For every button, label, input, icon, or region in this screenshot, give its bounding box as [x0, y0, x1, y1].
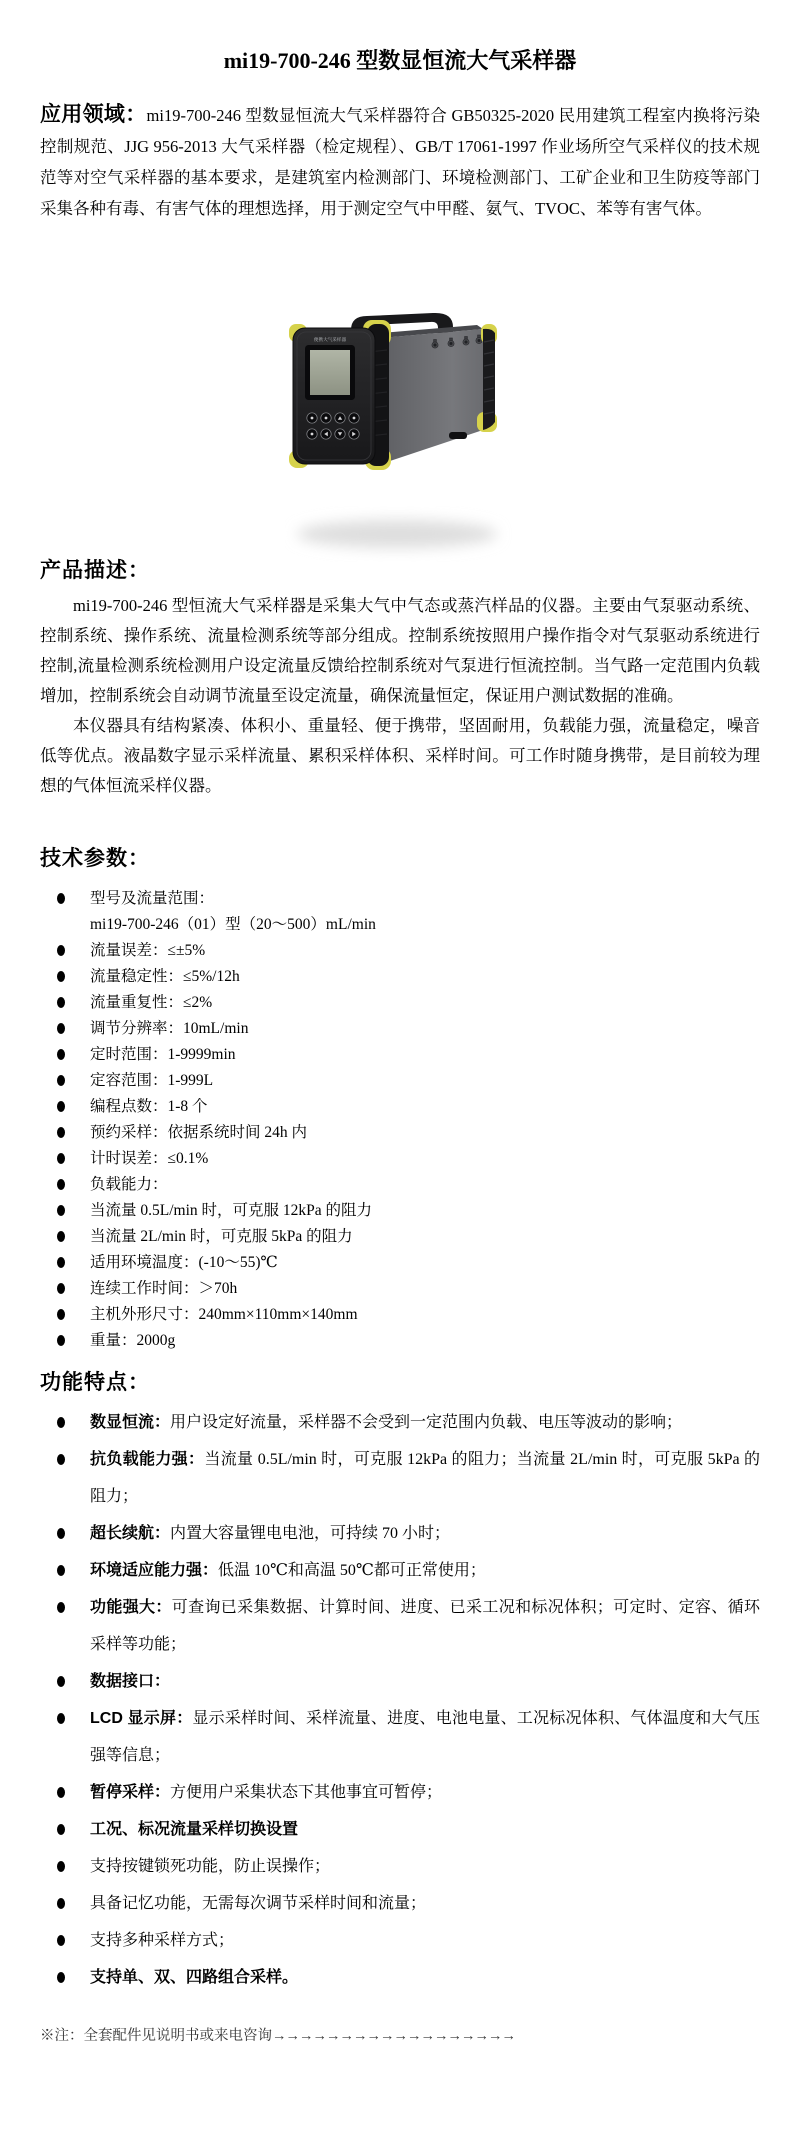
spec-text: 型号及流量范围：: [90, 886, 760, 912]
bullet-icon: [57, 1787, 65, 1798]
feature-bold-label: 数据接口：: [90, 1673, 170, 1690]
feature-item: LCD 显示屏：显示采样时间、采样流量、进度、电池电量、工况标况体积、气体温度和…: [40, 1700, 760, 1774]
bullet-icon: [57, 1935, 65, 1946]
bullet-icon: [57, 1335, 65, 1346]
bullet-icon: [57, 1417, 65, 1428]
spec-item: 流量稳定性：≤5%/12h: [40, 964, 760, 990]
feature-item: 数据接口：: [40, 1663, 760, 1700]
feature-item: 支持单、双、四路组合采样。: [40, 1959, 760, 1996]
spec-text: 流量重复性：≤2%: [90, 990, 760, 1016]
product-photo: 便携大气采样器: [285, 308, 515, 568]
spec-item: 计时误差：≤0.1%: [40, 1146, 760, 1172]
bullet-icon: [57, 1676, 65, 1687]
bullet-icon: [57, 1153, 65, 1164]
feature-bold-label: 数显恒流：: [90, 1414, 170, 1431]
device-shadow: [297, 520, 497, 548]
spec-text: 流量误差：≤±5%: [90, 938, 760, 964]
spec-text: 重量：2000g: [90, 1328, 760, 1354]
spec-item: 主机外形尺寸：240mm×110mm×140mm: [40, 1302, 760, 1328]
spec-item: 当流量 2L/min 时，可克服 5kPa 的阻力: [40, 1224, 760, 1250]
spec-item: 连续工作时间：＞70h: [40, 1276, 760, 1302]
spec-item: 型号及流量范围： mi19-700-246（01）型（20～500）mL/min: [40, 886, 760, 938]
bullet-icon: [57, 1309, 65, 1320]
feature-item: 支持按键锁死功能，防止误操作；: [40, 1848, 760, 1885]
spec-text: 当流量 2L/min 时，可克服 5kPa 的阻力: [90, 1224, 760, 1250]
bullet-icon: [57, 1528, 65, 1539]
feature-bold-label: LCD 显示屏：: [90, 1710, 192, 1727]
spec-text: 负载能力：: [90, 1172, 760, 1198]
spec-item: 流量重复性：≤2%: [40, 990, 760, 1016]
spec-text: 流量稳定性：≤5%/12h: [90, 964, 760, 990]
spec-item: 适用环境温度：(-10～55)℃: [40, 1250, 760, 1276]
feature-item: 工况、标况流量采样切换设置: [40, 1811, 760, 1848]
application-text: mi19-700-246 型数显恒流大气采样器符合 GB50325-2020 民…: [40, 106, 760, 218]
bullet-icon: [57, 1205, 65, 1216]
bullet-icon: [57, 1602, 65, 1613]
feature-text: 内置大容量锂电电池，可持续 70 小时；: [170, 1525, 450, 1542]
spec-item: 当流量 0.5L/min 时，可克服 12kPa 的阻力: [40, 1198, 760, 1224]
spec-item: 预约采样：依据系统时间 24h 内: [40, 1120, 760, 1146]
bullet-icon: [57, 1713, 65, 1724]
bullet-icon: [57, 1101, 65, 1112]
application-label: 应用领域：: [40, 103, 147, 126]
spec-subtext: mi19-700-246（01）型（20～500）mL/min: [90, 912, 760, 938]
spec-text: 计时误差：≤0.1%: [90, 1146, 760, 1172]
spec-text: 编程点数：1-8 个: [90, 1094, 760, 1120]
spec-item: 定容范围：1-999L: [40, 1068, 760, 1094]
spec-text: 调节分辨率：10mL/min: [90, 1016, 760, 1042]
feature-text: 支持多种采样方式；: [90, 1932, 234, 1949]
feature-item: 抗负载能力强：当流量 0.5L/min 时，可克服 12kPa 的阻力；当流量 …: [40, 1441, 760, 1515]
feature-item: 超长续航：内置大容量锂电电池，可持续 70 小时；: [40, 1515, 760, 1552]
bullet-icon: [57, 971, 65, 982]
bullet-icon: [57, 945, 65, 956]
bullet-icon: [57, 1231, 65, 1242]
page-title: mi19-700-246 型数显恒流大气采样器: [40, 0, 760, 78]
spec-text: 当流量 0.5L/min 时，可克服 12kPa 的阻力: [90, 1198, 760, 1224]
bullet-icon: [57, 1127, 65, 1138]
bullet-icon: [57, 1179, 65, 1190]
description-paragraph-1: mi19-700-246 型恒流大气采样器是采集大气中气态或蒸汽样品的仪器。主要…: [40, 591, 760, 711]
feature-item: 支持多种采样方式；: [40, 1922, 760, 1959]
specs-list: 型号及流量范围： mi19-700-246（01）型（20～500）mL/min…: [40, 886, 760, 1354]
section-heading-specs: 技术参数：: [40, 844, 760, 874]
document-page: mi19-700-246 型数显恒流大气采样器 应用领域：mi19-700-24…: [0, 0, 800, 2046]
feature-bold-label: 环境适应能力强：: [90, 1562, 218, 1579]
bullet-icon: [57, 1824, 65, 1835]
device-foot: [449, 432, 467, 439]
bullet-icon: [57, 1049, 65, 1060]
feature-text: 低温 10℃和高温 50℃都可正常使用；: [218, 1562, 486, 1579]
footer-note: ※注：全套配件见说明书或来电咨询→→→→→→→→→→→→→→→→→→: [40, 2026, 760, 2046]
bullet-icon: [57, 1454, 65, 1465]
device-right-edge: [483, 329, 495, 430]
feature-text: 可查询已采集数据、计算时间、进度、已采工况和标况体积；可定时、定容、循环采样等功…: [90, 1599, 760, 1653]
product-figure: 便携大气采样器: [40, 224, 760, 556]
device-label: 便携大气采样器: [314, 336, 347, 343]
spec-item: 定时范围：1-9999min: [40, 1042, 760, 1068]
bullet-icon: [57, 1257, 65, 1268]
feature-bold-label: 超长续航：: [90, 1525, 170, 1542]
feature-bold-label: 支持单、双、四路组合采样。: [90, 1969, 298, 1986]
feature-bold-label: 抗负载能力强：: [90, 1451, 204, 1468]
feature-text: 支持按键锁死功能，防止误操作；: [90, 1858, 330, 1875]
section-heading-features: 功能特点：: [40, 1368, 760, 1398]
feature-bold-label: 暂停采样：: [90, 1784, 170, 1801]
bullet-icon: [57, 893, 65, 904]
features-list: 数显恒流：用户设定好流量，采样器不会受到一定范围内负载、电压等波动的影响； 抗负…: [40, 1404, 760, 1996]
device-lcd-screen: [305, 345, 355, 400]
application-paragraph: 应用领域：mi19-700-246 型数显恒流大气采样器符合 GB50325-2…: [40, 99, 760, 224]
spec-text: 连续工作时间：＞70h: [90, 1276, 760, 1302]
footer-arrows: →→→→→→→→→→→→→→→→→→: [272, 2028, 515, 2044]
feature-bold-label: 工况、标况流量采样切换设置: [90, 1821, 298, 1838]
spec-item: 负载能力：: [40, 1172, 760, 1198]
spec-item: 重量：2000g: [40, 1328, 760, 1354]
spec-text: 定时范围：1-9999min: [90, 1042, 760, 1068]
feature-text: 具备记忆功能，无需每次调节采样时间和流量；: [90, 1895, 426, 1912]
feature-text: 用户设定好流量，采样器不会受到一定范围内负载、电压等波动的影响；: [170, 1414, 682, 1431]
bullet-icon: [57, 1075, 65, 1086]
spec-item: 调节分辨率：10mL/min: [40, 1016, 760, 1042]
feature-item: 具备记忆功能，无需每次调节采样时间和流量；: [40, 1885, 760, 1922]
spec-item: 流量误差：≤±5%: [40, 938, 760, 964]
feature-item: 暂停采样：方便用户采集状态下其他事宜可暂停；: [40, 1774, 760, 1811]
description-paragraph-2: 本仪器具有结构紧凑、体积小、重量轻、便于携带，坚固耐用，负载能力强，流量稳定，噪…: [40, 711, 760, 801]
feature-item: 功能强大：可查询已采集数据、计算时间、进度、已采工况和标况体积；可定时、定容、循…: [40, 1589, 760, 1663]
bullet-icon: [57, 1898, 65, 1909]
feature-item: 数显恒流：用户设定好流量，采样器不会受到一定范围内负载、电压等波动的影响；: [40, 1404, 760, 1441]
bullet-icon: [57, 997, 65, 1008]
feature-item: 环境适应能力强：低温 10℃和高温 50℃都可正常使用；: [40, 1552, 760, 1589]
bullet-icon: [57, 1972, 65, 1983]
bullet-icon: [57, 1023, 65, 1034]
footer-note-text: ※注：全套配件见说明书或来电咨询: [40, 2028, 272, 2044]
spec-text: 适用环境温度：(-10～55)℃: [90, 1250, 760, 1276]
spec-text: 主机外形尺寸：240mm×110mm×140mm: [90, 1302, 760, 1328]
spec-text: 定容范围：1-999L: [90, 1068, 760, 1094]
feature-text: 方便用户采集状态下其他事宜可暂停；: [170, 1784, 442, 1801]
spec-item: 编程点数：1-8 个: [40, 1094, 760, 1120]
feature-bold-label: 功能强大：: [90, 1599, 172, 1616]
bullet-icon: [57, 1861, 65, 1872]
spec-text: 预约采样：依据系统时间 24h 内: [90, 1120, 760, 1146]
bullet-icon: [57, 1565, 65, 1576]
device-front-panel: 便携大气采样器: [293, 328, 375, 464]
bullet-icon: [57, 1283, 65, 1294]
